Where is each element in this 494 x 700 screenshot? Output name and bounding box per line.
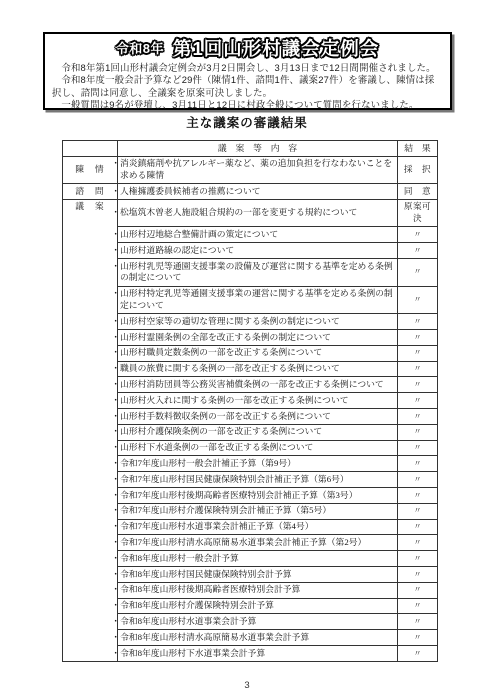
- result-cell: 〃: [398, 646, 438, 662]
- result-cell: 〃: [398, 614, 438, 630]
- table-row-bill: ・令和8年度山形村清水高原簡易水道事業会計予算〃: [63, 630, 438, 646]
- content-cell: ・令和8年度山形村後期高齢者医療特別会計予算: [118, 582, 398, 598]
- category-cell-bills: 議 案: [63, 199, 118, 661]
- result-cell: 〃: [398, 630, 438, 646]
- intro-paragraph: 令和8年第1回山形村議会定例会が3月2日開会し、3月13日まで12日間開催されま…: [52, 62, 443, 74]
- deliberation-results-table: 議 案 等 内 容 結 果 陳 情 ・消炎鎮痛剤や抗アレルギー薬など、薬の追加負…: [62, 140, 438, 662]
- result-cell: 採 択: [398, 156, 438, 184]
- result-cell: 〃: [398, 503, 438, 519]
- result-cell: 〃: [398, 259, 438, 287]
- table-row-bill: ・令和8年度山形村国民健康保険特別会計予算〃: [63, 567, 438, 583]
- content-cell: ・令和8年度山形村国民健康保険特別会計予算: [118, 567, 398, 583]
- content-cell: ・山形村火入れに関する条例の一部を改正する条例について: [118, 393, 398, 409]
- result-cell: 〃: [398, 488, 438, 504]
- content-cell: ・令和8年度山形村介護保険特別会計予算: [118, 598, 398, 614]
- header-content-cell: 議 案 等 内 容: [118, 141, 398, 157]
- result-cell: 〃: [398, 361, 438, 377]
- content-cell: ・山形村空家等の適切な管理に関する条例の制定について: [118, 314, 398, 330]
- content-cell: ・消炎鎮痛剤や抗アレルギー薬など、薬の追加負担を行なわないことを求める陳情: [118, 156, 398, 184]
- result-cell: 〃: [398, 377, 438, 393]
- table-row-bill: ・山形村霊園条例の全部を改正する条例の制定について〃: [63, 330, 438, 346]
- content-cell: ・山形村辺地総合整備計画の策定について: [118, 227, 398, 243]
- content-cell: ・松塩筑木曽老人施設組合規約の一部を変更する規約について: [118, 199, 398, 227]
- content-cell: ・山形村介護保険条例の一部を改正する条例について: [118, 424, 398, 440]
- result-cell: 〃: [398, 243, 438, 259]
- table-row-bill: ・令和8年度山形村介護保険特別会計予算〃: [63, 598, 438, 614]
- content-cell: ・令和7年度山形村後期高齢者医療特別会計補正予算（第3号）: [118, 488, 398, 504]
- announcement-box: 令和8年第1回山形村議会定例会 令和8年第1回山形村議会定例会が3月2日開会し、…: [43, 32, 452, 110]
- content-cell: ・令和7年度山形村介護保険特別会計補正予算（第5号）: [118, 503, 398, 519]
- content-cell: ・令和8年度山形村水道事業会計予算: [118, 614, 398, 630]
- result-cell: 〃: [398, 598, 438, 614]
- table-row-petition: 陳 情 ・消炎鎮痛剤や抗アレルギー薬など、薬の追加負担を行なわないことを求める陳…: [63, 156, 438, 184]
- result-cell: 〃: [398, 345, 438, 361]
- content-cell: ・山形村道路線の認定について: [118, 243, 398, 259]
- result-cell: 〃: [398, 551, 438, 567]
- content-cell: ・職員の旅費に関する条例の一部を改正する条例について: [118, 361, 398, 377]
- table-row-bill: ・令和8年度山形村後期高齢者医療特別会計予算〃: [63, 582, 438, 598]
- content-cell: ・令和7年度山形村清水高原簡易水道事業会計補正予算（第2号）: [118, 535, 398, 551]
- table-row-bill: ・山形村道路線の認定について〃: [63, 243, 438, 259]
- table-row-inquiry: 諮 問 ・人権擁護委員候補者の推薦について 同 意: [63, 184, 438, 200]
- content-cell: ・令和8年度山形村一般会計予算: [118, 551, 398, 567]
- table-row-bill: 議 案・松塩筑木曽老人施設組合規約の一部を変更する規約について原案可決: [63, 199, 438, 227]
- newsletter-page: 令和8年第1回山形村議会定例会 令和8年第1回山形村議会定例会が3月2日開会し、…: [0, 0, 494, 700]
- table-row-bill: ・山形村介護保険条例の一部を改正する条例について〃: [63, 424, 438, 440]
- table-row-bill: ・令和7年度山形村後期高齢者医療特別会計補正予算（第3号）〃: [63, 488, 438, 504]
- result-cell: 〃: [398, 582, 438, 598]
- category-cell-petition: 陳 情: [63, 156, 118, 184]
- result-cell: 〃: [398, 535, 438, 551]
- table-row-bill: ・山形村火入れに関する条例の一部を改正する条例について〃: [63, 393, 438, 409]
- content-cell: ・山形村霊園条例の全部を改正する条例の制定について: [118, 330, 398, 346]
- content-cell: ・令和8年度山形村下水道事業会計予算: [118, 646, 398, 662]
- assembly-title: 第1回山形村議会定例会: [173, 38, 379, 59]
- content-cell: ・令和7年度山形村水道事業会計補正予算（第4号）: [118, 519, 398, 535]
- table-row-bill: ・山形村下水道条例の一部を改正する条例について〃: [63, 440, 438, 456]
- table-header-row: 議 案 等 内 容 結 果: [63, 141, 438, 157]
- table-row-bill: ・職員の旅費に関する条例の一部を改正する条例について〃: [63, 361, 438, 377]
- result-cell: 〃: [398, 472, 438, 488]
- table-row-bill: ・山形村乳児等通園支援事業の設備及び運営に関する基準を定める条例の制定について〃: [63, 259, 438, 287]
- intro-paragraphs: 令和8年第1回山形村議会定例会が3月2日開会し、3月13日まで12日間開催されま…: [45, 62, 450, 111]
- content-cell: ・山形村特定乳児等通園支援事業の運営に関する基準を定める条例の制定について: [118, 286, 398, 314]
- result-cell: 〃: [398, 567, 438, 583]
- result-cell: 〃: [398, 393, 438, 409]
- content-cell: ・山形村下水道条例の一部を改正する条例について: [118, 440, 398, 456]
- page-title: 令和8年第1回山形村議会定例会: [45, 35, 450, 61]
- result-cell: 〃: [398, 519, 438, 535]
- intro-paragraph: 一般質問は9名が登壇し、3月11日と12日に村政全般について質問を行ないました。: [52, 99, 443, 111]
- table-row-bill: ・令和7年度山形村国民健康保険特別会計補正予算（第6号）〃: [63, 472, 438, 488]
- content-cell: ・山形村手数料徴収条例の一部を改正する条例について: [118, 409, 398, 425]
- content-cell: ・山形村職員定数条例の一部を改正する条例について: [118, 345, 398, 361]
- result-cell: 〃: [398, 456, 438, 472]
- content-cell: ・令和7年度山形村一般会計補正予算（第9号）: [118, 456, 398, 472]
- table-row-bill: ・山形村辺地総合整備計画の策定について〃: [63, 227, 438, 243]
- result-cell: 〃: [398, 440, 438, 456]
- result-cell: 〃: [398, 227, 438, 243]
- page-number: 3: [0, 680, 494, 691]
- era-label: 令和8年: [116, 41, 164, 56]
- intro-paragraph: 令和8年度一般会計予算など29件（陳情1件、諮問1件、議案27件）を審議し、陳情…: [52, 74, 443, 99]
- content-cell: ・人権擁護委員候補者の推薦について: [118, 184, 398, 200]
- result-cell: 〃: [398, 330, 438, 346]
- table-row-bill: ・山形村消防団員等公務災害補償条例の一部を改正する条例について〃: [63, 377, 438, 393]
- table-row-bill: ・令和8年度山形村水道事業会計予算〃: [63, 614, 438, 630]
- table-row-bill: ・山形村特定乳児等通園支援事業の運営に関する基準を定める条例の制定について〃: [63, 286, 438, 314]
- results-table-body: 議 案 等 内 容 結 果 陳 情 ・消炎鎮痛剤や抗アレルギー薬など、薬の追加負…: [63, 141, 438, 662]
- table-row-bill: ・令和7年度山形村清水高原簡易水道事業会計補正予算（第2号）〃: [63, 535, 438, 551]
- table-row-bill: ・山形村職員定数条例の一部を改正する条例について〃: [63, 345, 438, 361]
- result-cell: 〃: [398, 286, 438, 314]
- table-row-bill: ・令和7年度山形村水道事業会計補正予算（第4号）〃: [63, 519, 438, 535]
- content-cell: ・山形村乳児等通園支援事業の設備及び運営に関する基準を定める条例の制定について: [118, 259, 398, 287]
- table-row-bill: ・令和7年度山形村一般会計補正予算（第9号）〃: [63, 456, 438, 472]
- content-cell: ・山形村消防団員等公務災害補償条例の一部を改正する条例について: [118, 377, 398, 393]
- result-cell: 〃: [398, 409, 438, 425]
- result-cell: 〃: [398, 314, 438, 330]
- result-cell: 〃: [398, 424, 438, 440]
- section-title: 主な議案の審議結果: [0, 113, 494, 131]
- content-cell: ・令和7年度山形村国民健康保険特別会計補正予算（第6号）: [118, 472, 398, 488]
- table-row-bill: ・山形村手数料徴収条例の一部を改正する条例について〃: [63, 409, 438, 425]
- table-row-bill: ・令和8年度山形村一般会計予算〃: [63, 551, 438, 567]
- table-row-bill: ・令和7年度山形村介護保険特別会計補正予算（第5号）〃: [63, 503, 438, 519]
- header-category-cell: [63, 141, 118, 157]
- table-row-bill: ・山形村空家等の適切な管理に関する条例の制定について〃: [63, 314, 438, 330]
- table-row-bill: ・令和8年度山形村下水道事業会計予算〃: [63, 646, 438, 662]
- content-cell: ・令和8年度山形村清水高原簡易水道事業会計予算: [118, 630, 398, 646]
- header-result-cell: 結 果: [398, 141, 438, 157]
- result-cell: 原案可決: [398, 199, 438, 227]
- category-cell-inquiry: 諮 問: [63, 184, 118, 200]
- result-cell: 同 意: [398, 184, 438, 200]
